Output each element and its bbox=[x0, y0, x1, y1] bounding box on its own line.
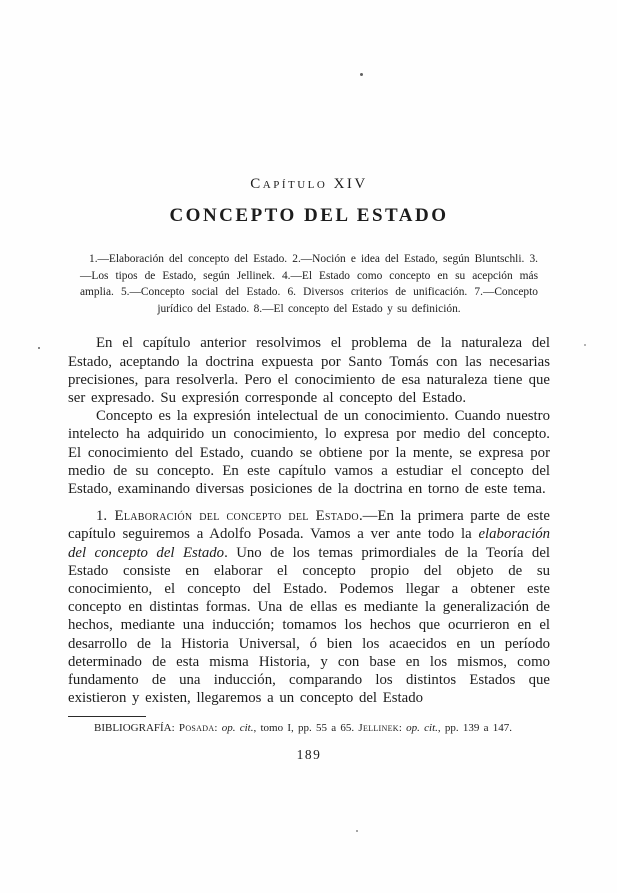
body-paragraph-2: Concepto es la expresión intelectual de … bbox=[68, 407, 550, 498]
page-number: 189 bbox=[68, 747, 550, 763]
text-run-normal: BIBLIOGRAFÍA: bbox=[94, 722, 179, 734]
scan-speck bbox=[38, 347, 40, 349]
scan-speck bbox=[584, 344, 586, 346]
body-paragraph-3-section-1: 1. Elaboración del concepto del Estado.—… bbox=[68, 507, 550, 707]
text-run-italic: op. cit. bbox=[222, 722, 254, 734]
chapter-label: Capítulo XIV bbox=[68, 176, 550, 193]
text-run-smallcaps: Elaboración del concepto del Estado bbox=[115, 508, 359, 524]
footnote-bibliography: BIBLIOGRAFÍA: Posada: op. cit., tomo I, … bbox=[68, 720, 550, 736]
chapter-summary: 1.—Elaboración del concepto del Estado. … bbox=[80, 251, 538, 317]
text-run-normal: : bbox=[214, 722, 221, 734]
text-run-italic: op. cit. bbox=[406, 722, 438, 734]
text-run-normal: 1. bbox=[96, 508, 115, 524]
book-page-scan: Capítulo XIV CONCEPTO DEL ESTADO 1.—Elab… bbox=[0, 0, 617, 893]
footnote: BIBLIOGRAFÍA: Posada: op. cit., tomo I, … bbox=[68, 716, 550, 736]
page-title: CONCEPTO DEL ESTADO bbox=[68, 205, 550, 227]
text-run-normal: , tomo I, pp. 55 a 65. bbox=[253, 722, 358, 734]
text-run-smallcaps: Posada bbox=[179, 722, 214, 734]
text-run-normal: Concepto es la expresión intelectual de … bbox=[68, 408, 550, 497]
text-block: Capítulo XIV CONCEPTO DEL ESTADO 1.—Elab… bbox=[68, 0, 550, 763]
scan-speck bbox=[356, 830, 358, 832]
text-run-normal: . Uno de los temas primordiales de la Te… bbox=[68, 545, 550, 707]
body-paragraph-1: En el capítulo anterior resolvimos el pr… bbox=[68, 334, 550, 407]
text-run-smallcaps: Jellinek bbox=[358, 722, 398, 734]
text-run-normal: En el capítulo anterior resolvimos el pr… bbox=[68, 335, 550, 406]
text-run-normal: , pp. 139 a 147. bbox=[438, 722, 512, 734]
footnote-rule bbox=[68, 716, 146, 717]
